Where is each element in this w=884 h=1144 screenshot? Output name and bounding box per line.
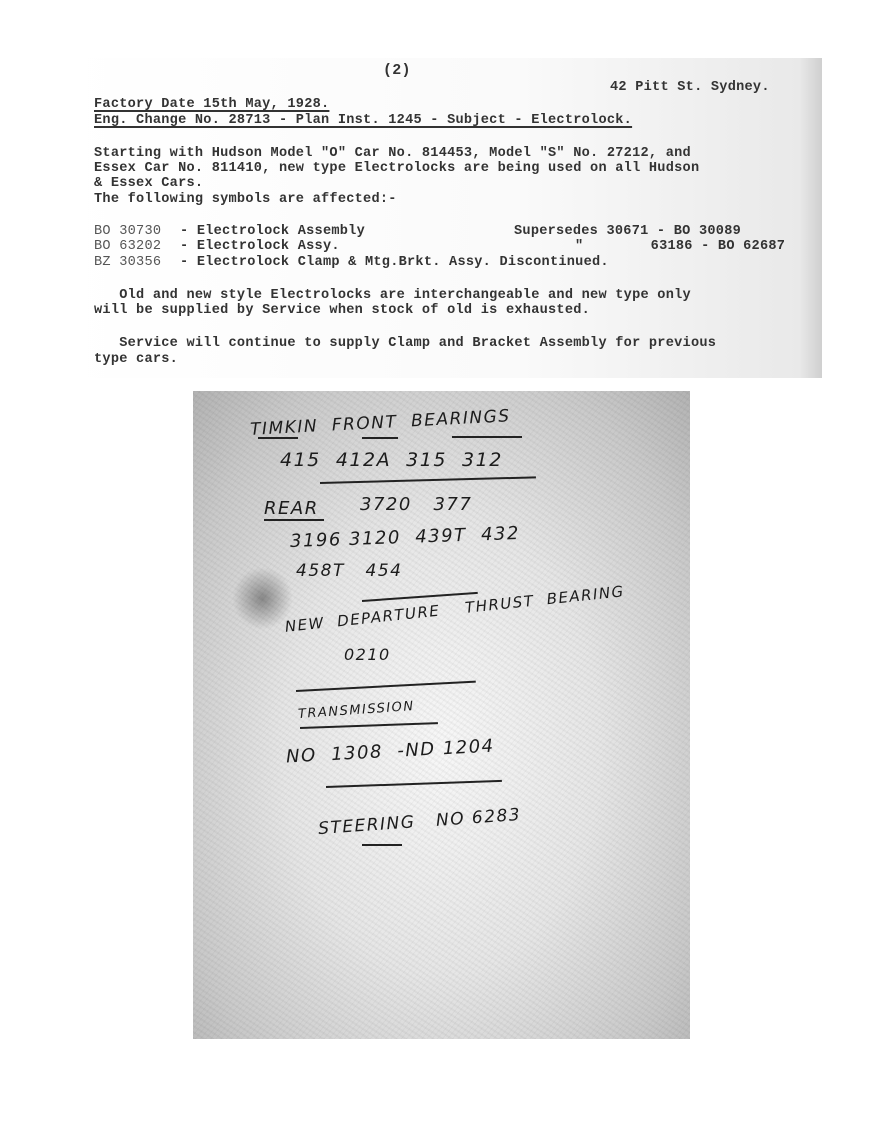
underline [264,519,324,521]
address: 42 Pitt St. Sydney. [610,80,770,95]
part-description-text: Electrolock Clamp & Mtg.Brkt. Assy. Disc… [197,255,609,270]
thrust-bearing-number: 0210 [344,645,391,664]
rear-label: REAR [264,498,319,519]
underline [362,437,398,439]
part-description-text: Electrolock Assy. [197,239,340,254]
paragraph-service: type cars. [94,352,178,367]
rear-numbers-line: 3720 377 [360,494,472,515]
engineering-change-heading: Eng. Change No. 28713 - Plan Inst. 1245 … [94,113,632,128]
underline [452,436,522,438]
intro-line: Starting with Hudson Model "O" Car No. 8… [94,146,691,161]
front-bearing-numbers: 415 412A 315 312 [280,449,503,471]
paragraph-interchangeable: will be supplied by Service when stock o… [94,303,590,318]
intro-line: The following symbols are affected:- [94,192,397,207]
paragraph-service: Service will continue to supply Clamp an… [94,336,716,351]
part-description: - Electrolock Assy. [180,239,340,254]
part-description: - Electrolock Assembly [180,224,365,239]
rear-numbers-line: 458T 454 [296,561,403,581]
part-description: - Electrolock Clamp & Mtg.Brkt. Assy. Di… [180,255,609,270]
underline [362,844,402,846]
part-description-text: Electrolock Assembly [197,224,365,239]
part-symbol: BO 63202 [94,239,161,254]
handwritten-note [193,391,690,1039]
page-number: (2) [383,62,411,79]
intro-line: Essex Car No. 811410, new type Electrolo… [94,161,699,176]
part-symbol: BO 30730 [94,224,161,239]
intro-line: & Essex Cars. [94,176,203,191]
part-symbol: BZ 30356 [94,255,161,270]
underline [258,437,298,439]
part-note: Supersedes 30671 - BO 30089 [514,224,741,239]
paragraph-interchangeable: Old and new style Electrolocks are inter… [94,288,691,303]
part-note: " 63186 - BO 62687 [575,239,785,254]
factory-date: Factory Date 15th May, 1928. [94,97,329,112]
